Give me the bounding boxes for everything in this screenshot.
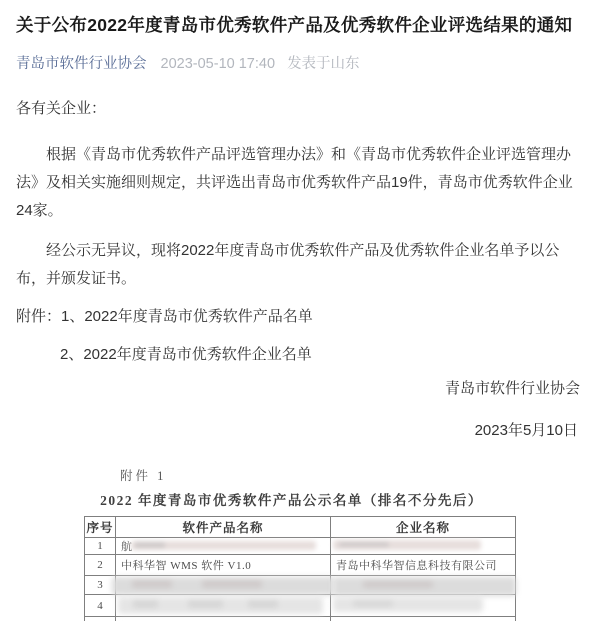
paragraph-1: 根据《青岛市优秀软件产品评选管理办法》和《青岛市优秀软件企业评选管理办法》及相关… — [16, 141, 582, 225]
header-cell-product: 软件产品名称 — [116, 517, 331, 538]
table-header-row: 序号 软件产品名称 企业名称 — [85, 517, 516, 538]
attachment-list-item-1: 附件：1、2022年度青岛市优秀软件产品名单 — [16, 303, 582, 331]
table-row — [85, 617, 516, 621]
redaction-blur — [333, 540, 481, 550]
publish-datetime: 2023-05-10 17:40 — [161, 56, 276, 72]
row-number: 4 — [85, 595, 116, 617]
attachment-table-title: 2022 年度青岛市优秀软件产品公示名单（排名不分先后） — [68, 489, 515, 509]
redaction-blur — [118, 597, 323, 614]
products-table: 序号 软件产品名称 企业名称 1 航 2 中科华智 WMS 软件 V1.0 — [84, 516, 516, 621]
row-number: 1 — [85, 538, 116, 555]
article-page: 关于公布2022年度青岛市优秀软件产品及优秀软件企业评选结果的通知 青岛市软件行… — [0, 0, 596, 621]
redaction-blur — [131, 541, 316, 550]
attachment-list-item-2: 2、2022年度青岛市优秀软件企业名单 — [16, 341, 582, 369]
row-number: 2 — [85, 555, 116, 576]
product-name-cell: 中科华智 WMS 软件 V1.0 — [116, 555, 331, 576]
company-name-text: 青岛中科华智信息科技有限公司 — [336, 560, 497, 572]
publish-location: 发表于山东 — [287, 56, 360, 72]
table-row: 3 — [85, 576, 516, 595]
header-cell-no: 序号 — [85, 517, 116, 538]
header-cell-company: 企业名称 — [331, 517, 516, 538]
signature-date: 2023年5月10日 — [16, 417, 582, 445]
product-name-cell — [116, 576, 331, 595]
company-name-cell — [331, 595, 516, 617]
redaction-blur — [333, 597, 483, 612]
product-name-cell: 航 — [116, 538, 331, 555]
salutation: 各有关企业： — [16, 95, 582, 123]
company-name-cell — [331, 538, 516, 555]
company-name-cell: 青岛中科华智信息科技有限公司 — [331, 555, 516, 576]
attachment-label: 附件 1 — [120, 466, 166, 484]
article-content: 关于公布2022年度青岛市优秀软件产品及优秀软件企业评选结果的通知 青岛市软件行… — [0, 0, 596, 445]
byline: 青岛市软件行业协会 2023-05-10 17:40 发表于山东 — [16, 54, 582, 74]
account-link[interactable]: 青岛市软件行业协会 — [16, 56, 147, 72]
product-name-cell — [116, 595, 331, 617]
table-row: 1 航 — [85, 538, 516, 555]
company-name-cell — [331, 576, 516, 595]
signature: 青岛市软件行业协会 — [16, 375, 582, 403]
product-name-text: 中科华智 WMS 软件 V1.0 — [121, 560, 251, 572]
table-row: 2 中科华智 WMS 软件 V1.0 青岛中科华智信息科技有限公司 — [85, 555, 516, 576]
company-name-cell — [331, 617, 516, 621]
table-row: 4 — [85, 595, 516, 617]
attachment-image[interactable]: 附件 1 2022 年度青岛市优秀软件产品公示名单（排名不分先后） 序号 软件产… — [0, 455, 596, 621]
redaction-blur — [112, 577, 334, 595]
row-number — [85, 617, 116, 621]
product-name-cell — [116, 617, 331, 621]
row-number: 3 — [85, 576, 116, 595]
redaction-blur — [333, 577, 516, 596]
paragraph-2: 经公示无异议，现将2022年度青岛市优秀软件产品及优秀软件企业名单予以公布，并颁… — [16, 237, 582, 293]
article-title: 关于公布2022年度青岛市优秀软件产品及优秀软件企业评选结果的通知 — [16, 12, 582, 39]
